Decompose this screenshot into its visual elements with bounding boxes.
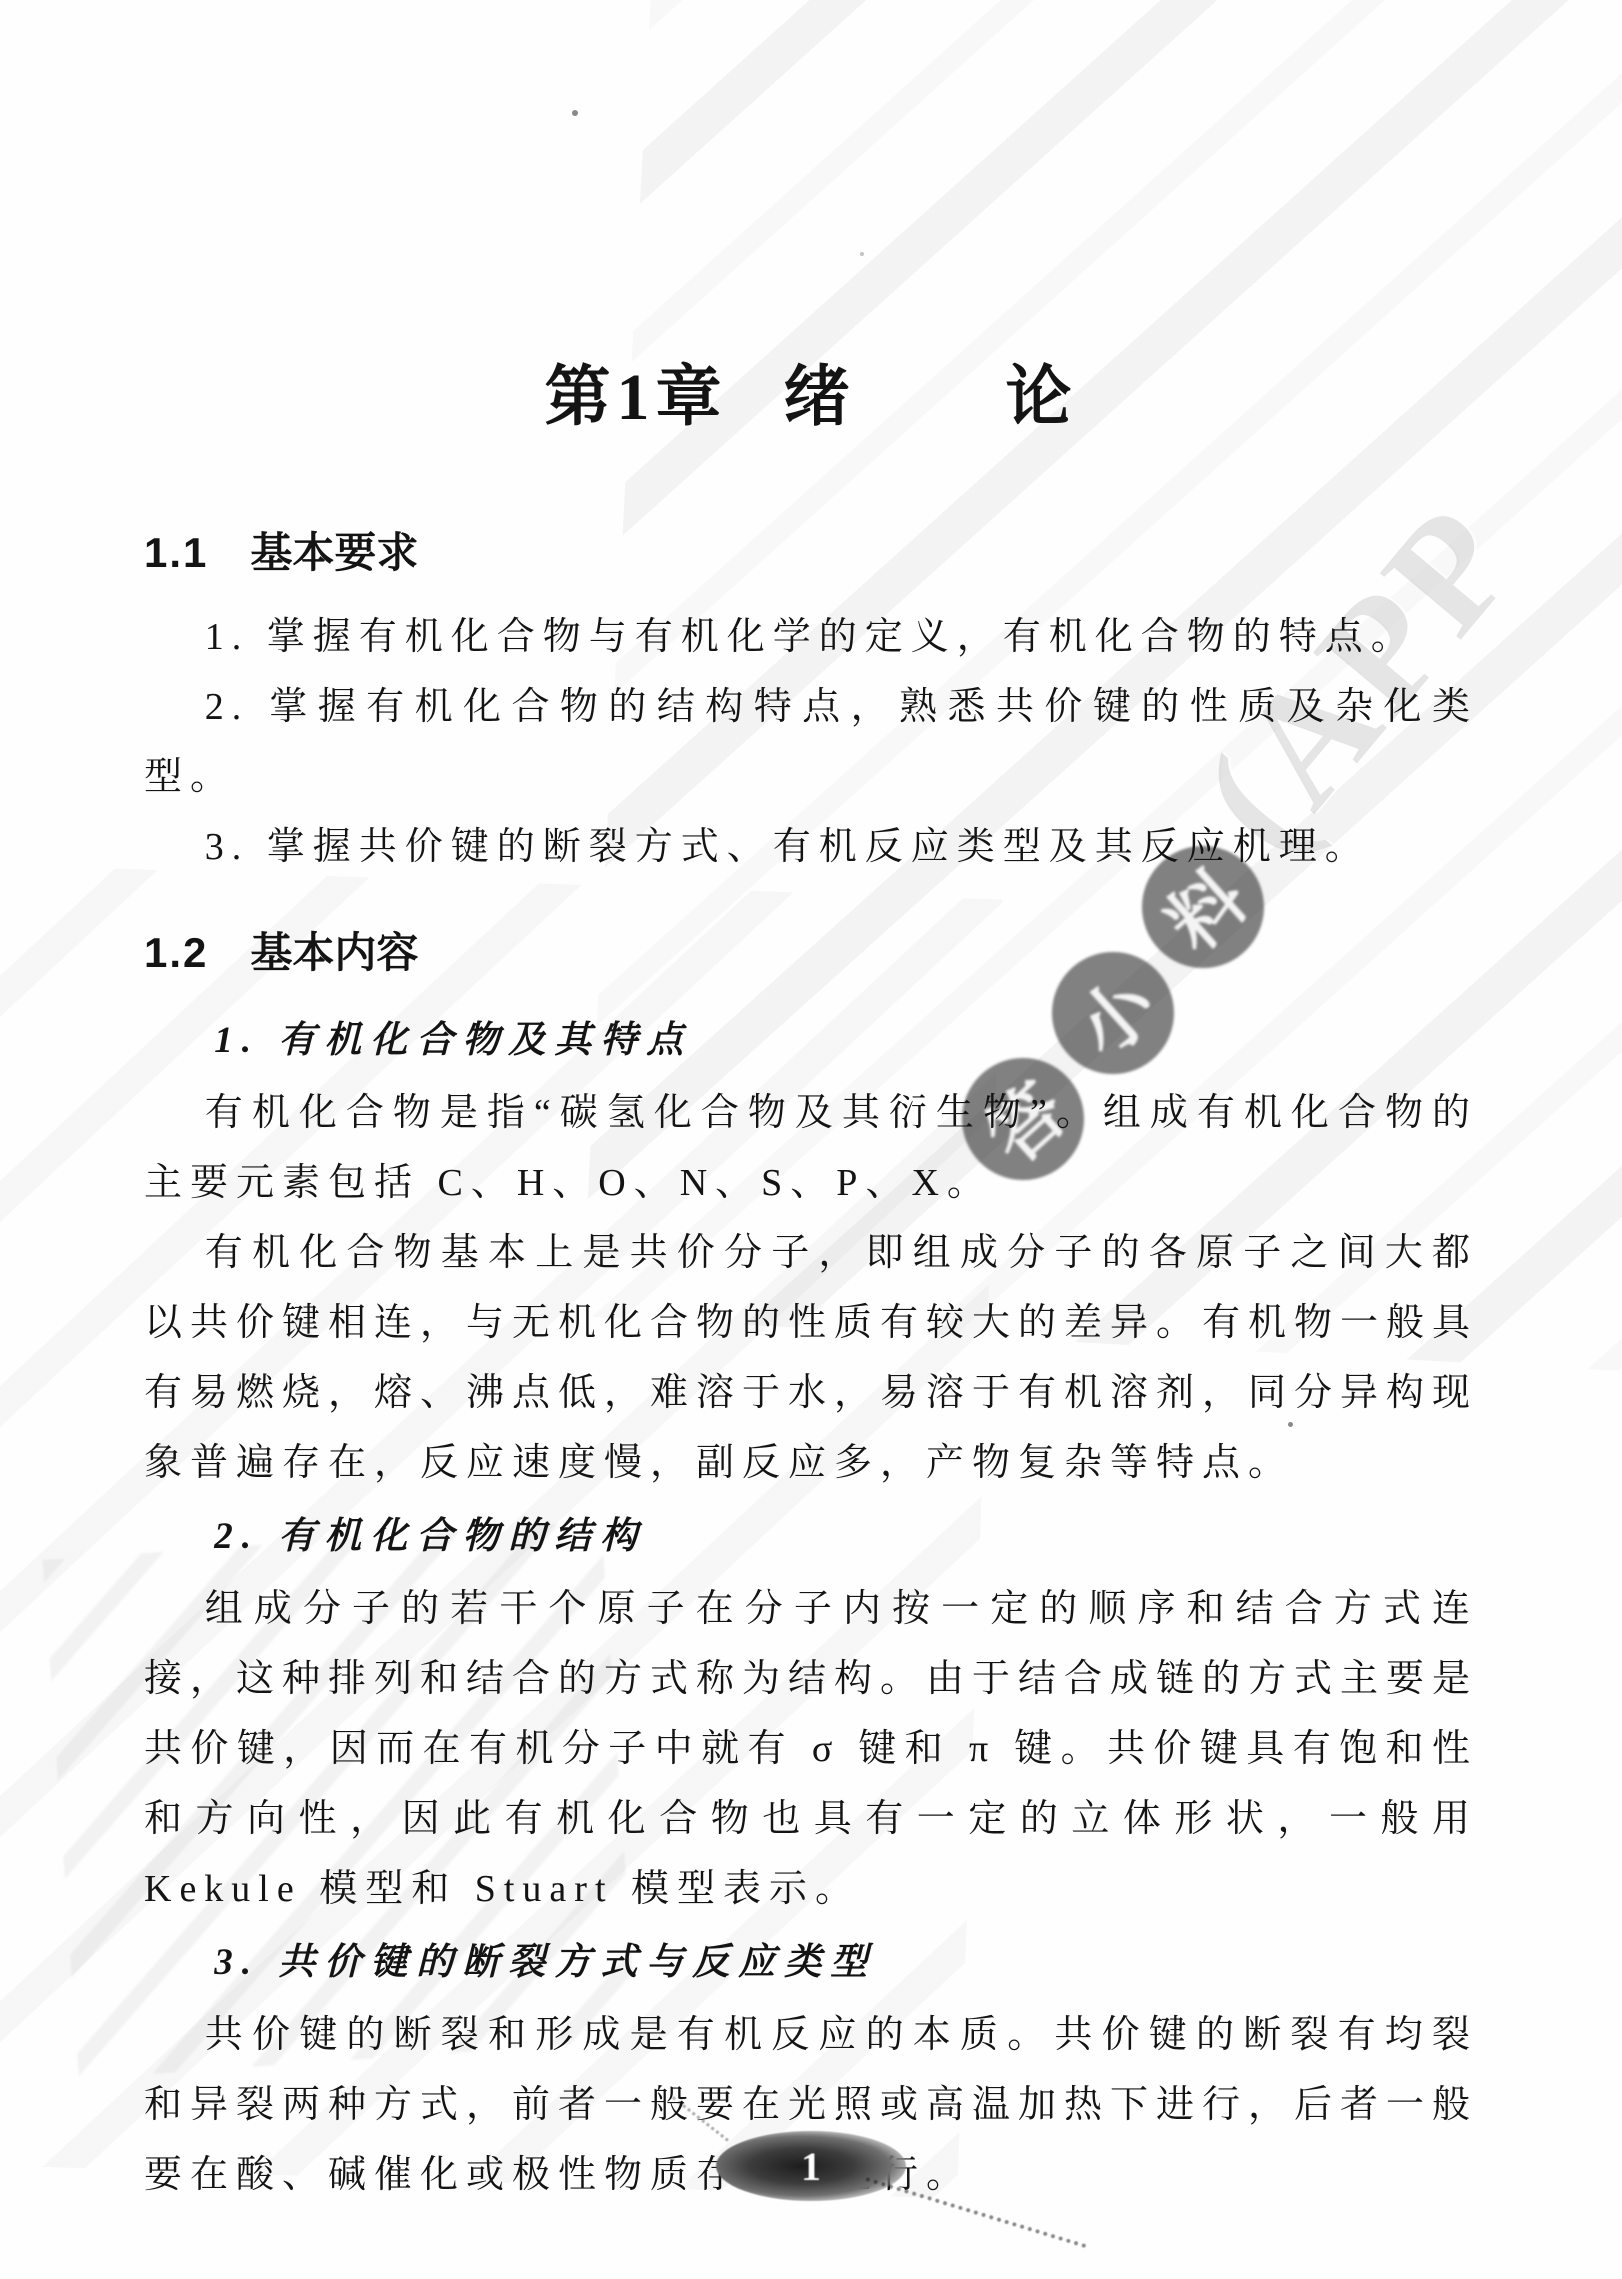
chapter-number: 第1章 [545, 361, 728, 434]
section-heading-1-2: 1.2基本内容 [144, 926, 1478, 980]
smudge-tail [865, 2177, 1086, 2248]
book-page: 答 小 料 (APP 第1章绪论 1.1基本要求 1. 掌握有机化合物与有机化学… [0, 0, 1622, 2279]
subheading-organic-compounds: 1. 有机化合物及其特点 [144, 1006, 1478, 1076]
scan-speck [572, 110, 578, 116]
paragraph: 有机化合物是指“碳氢化合物及其衍生物”。组成有机化合物的主要元素包括 C、H、O… [144, 1078, 1478, 1218]
paragraph: 有机化合物基本上是共价分子，即组成分子的各原子之间大都以共价键相连，与无机化合物… [144, 1218, 1478, 1498]
section-number: 1.2 [144, 926, 208, 980]
page-number: 1 [801, 2143, 821, 2190]
subheading-bond-cleavage: 3. 共价键的断裂方式与反应类型 [144, 1928, 1478, 1998]
scan-speck [860, 252, 864, 256]
chapter-word-1: 绪 [784, 361, 856, 434]
requirement-item: 3. 掌握共价键的断裂方式、有机反应类型及其反应机理。 [144, 812, 1478, 882]
page-number-smudge: 1 [716, 2131, 906, 2201]
section-title: 基本内容 [250, 929, 418, 976]
page-number-area: 1 [0, 2131, 1622, 2201]
chapter-title: 第1章绪论 [144, 352, 1478, 444]
paragraph: 组成分子的若干个原子在分子内按一定的顺序和结合方式连接，这种排列和结合的方式称为… [144, 1574, 1478, 1924]
subheading-structure: 2. 有机化合物的结构 [144, 1502, 1478, 1572]
section-number: 1.1 [144, 526, 208, 580]
requirement-item: 2. 掌握有机化合物的结构特点，熟悉共价键的性质及杂化类型。 [144, 672, 1478, 812]
page-content: 第1章绪论 1.1基本要求 1. 掌握有机化合物与有机化学的定义，有机化合物的特… [0, 352, 1622, 2210]
section-heading-1-1: 1.1基本要求 [144, 526, 1478, 580]
requirement-item: 1. 掌握有机化合物与有机化学的定义，有机化合物的特点。 [144, 602, 1478, 672]
chapter-word-2: 论 [1006, 361, 1078, 434]
section-title: 基本要求 [250, 529, 418, 576]
